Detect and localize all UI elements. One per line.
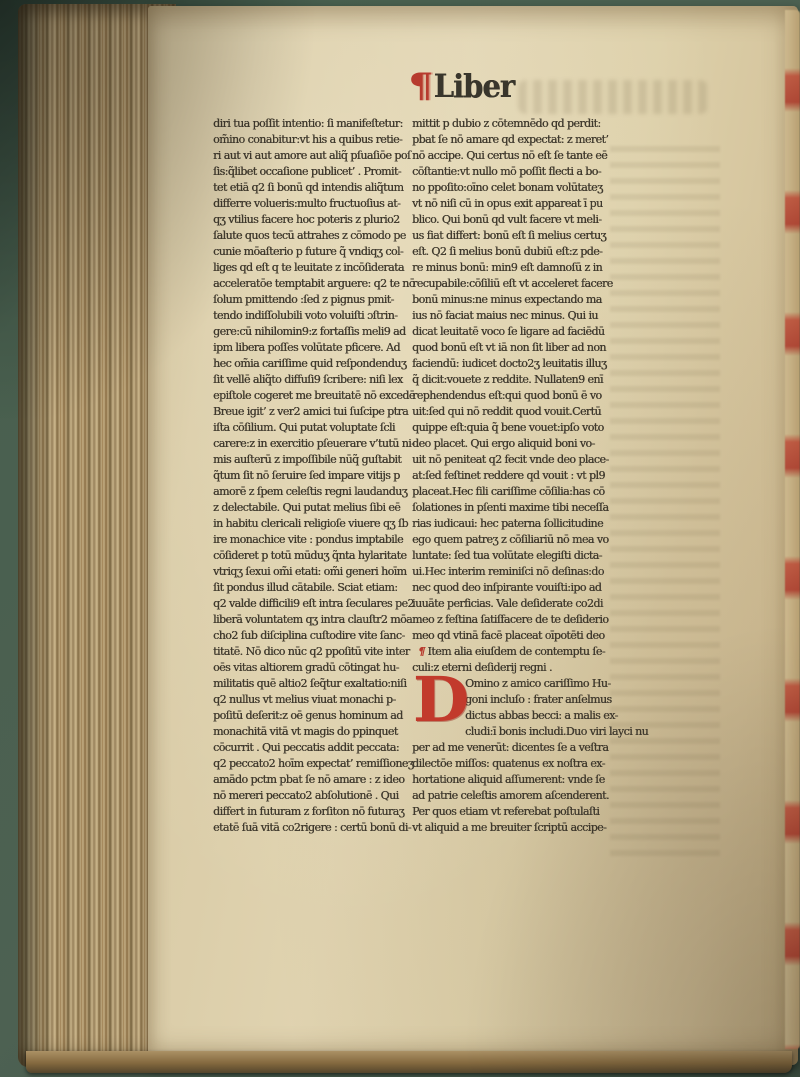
text-line: poſitū deſerit:z oē genus hominum ad: [213, 708, 413, 724]
text-line: cunie mōaſterio p future q̃ vndiqʒ col-: [213, 244, 413, 260]
text-line: militatis quē altio2 ſeq̃tur exaltatio:n…: [213, 676, 413, 692]
book-bottom-edge: [26, 1051, 792, 1073]
text-line: quippe eſt:quia q̃ bene vouet:ipſo voto: [412, 420, 624, 436]
text-line: cōcurrit . Qui peccatis addit peccata:: [213, 740, 413, 756]
text-line: uit nō peniteat q2 fecit vnde deo place-: [412, 452, 624, 468]
text-line: ſolationes in pſenti maxime tibi neceſſa: [412, 500, 624, 516]
text-line: vtriqʒ ſexui om̃i etati: om̃i generi hoī…: [213, 564, 413, 580]
text-line: q2 nullus vt melius viuat monachi p-: [213, 692, 413, 708]
text-line: differt in futuram z forſiton nō futuraʒ: [213, 804, 413, 820]
red-stained-fore-edge: [785, 10, 800, 1049]
text-line: mis auſterū z impoſſibile nūq̃ guſtabit: [213, 452, 413, 468]
text-line: mittit p dubio z cōtemnēdo qd perdit:: [412, 116, 624, 132]
text-line: tet etiā q2 ſi bonū qd intendis aliq̃tum: [213, 180, 413, 196]
text-line: amorē z ſpem celeſtis regni laudanduʒ: [213, 484, 413, 500]
text-line: dicat leuitatē voco ſe ligare ad faciēdū: [412, 324, 624, 340]
text-line: z delectabile. Qui putat melius ſibi eē: [213, 500, 413, 516]
text-line: no ppoſito:oīno celet bonam volūtateʒ: [412, 180, 624, 196]
rubric-paragraph-mark-icon: ¶: [416, 644, 426, 660]
text-line: deo placet. Qui ergo aliquid boni vo-: [412, 436, 624, 452]
text-line: ſit vellē aliq̃to diffuſi9 ſcribere: niſ…: [213, 372, 413, 388]
text-line: ui.Hec interim reminiſci nō deſinas:do: [412, 564, 624, 580]
text-line: Breue igit’ z ver2 amici tui ſuſcipe ptr…: [213, 404, 413, 420]
text-line: dilectōe miſſos: quatenus ex noſtra ex-: [412, 756, 624, 772]
text-line: placeat.Hec fili cariſſime cōſilia:has c…: [412, 484, 624, 500]
text-line: vt aliquid a me breuiter ſcriptū accipe-: [412, 820, 624, 836]
text-line: nō mereri peccato2 abſolutionē . Qui: [213, 788, 413, 804]
text-line: hortatione aliquid aſſumerent: vnde ſe: [412, 772, 624, 788]
text-line: Per quos etiam vt referebat poſtulaſti: [412, 804, 624, 820]
text-line: vt nō niſi cū in opus exit appareat ī pu: [412, 196, 624, 212]
right-column-part1: mittit p dubio z cōtemnēdo qd perdit:pba…: [412, 116, 624, 644]
text-line: per ad me venerūt: dicentes ſe a veſtra: [412, 740, 624, 756]
text-line: oēs vitas altiorem gradū cōtingat hu-: [213, 660, 413, 676]
text-line: iſta cōſilium. Qui putat voluptate ſcli: [213, 420, 413, 436]
text-column-right: mittit p dubio z cōtemnēdo qd perdit:pba…: [412, 116, 624, 836]
text-line: rias iudicaui: hec paterna ſollicitudine: [412, 516, 624, 532]
heading-title: Liber: [434, 68, 514, 105]
text-line: liges qd eſt q te leuitate z incōſiderat…: [213, 260, 413, 276]
text-line: hec om̃ia cariſſime quid reſpondenduʒ: [213, 356, 413, 372]
text-line: eſt. Q2 ſi melius bonū dubiū eſt:z pde-: [412, 244, 624, 260]
verso-text-showthrough: [610, 146, 720, 866]
text-line: blico. Qui bonū qd vult facere vt meli-: [412, 212, 624, 228]
text-line: cho2 ſub diſciplina cuſtodire vite ſanc-: [213, 628, 413, 644]
text-column-left: diri tua poſſit intentio: ſi manifeſtetu…: [213, 116, 413, 836]
text-line: rephendendus eſt:qui quod bonū ē vo: [412, 388, 624, 404]
drop-cap-initial: D: [413, 678, 461, 725]
text-line: ſit pondus illud cātabile. Sciat etiam:: [213, 580, 413, 596]
text-line: carere:z in exercitio pſeuerare v’tutū n…: [213, 436, 413, 452]
text-line: ire monachice vite : pondus imptabile: [213, 532, 413, 548]
text-line: ius nō faciat maius nec minus. Qui iu: [412, 308, 624, 324]
text-line: faciendū: iudicet docto2ʒ leuitatis illu…: [412, 356, 624, 372]
text-line: etatē ſuā vitā co2rigere : certū bonū di…: [213, 820, 413, 836]
photo-background: ¶ Liber diri tua poſſit intentio: ſi man…: [0, 0, 800, 1077]
text-line: nō accipe. Qui certus nō eſt ſe tante eē: [412, 148, 624, 164]
heading-pilcrow-icon: ¶: [408, 69, 433, 103]
text-line: amādo pctm pbat ſe nō amare : z ideo: [213, 772, 413, 788]
text-line: ſalute quos tecū attrahes z cōmodo pe: [213, 228, 413, 244]
rubric-heading: ¶ Item alia eiuſdem de contemptu ſe-: [412, 644, 624, 660]
page-heading: ¶ Liber: [352, 66, 572, 106]
text-line: in habitu clericali religioſe viuere qʒ …: [213, 516, 413, 532]
text-line: recupabile:cōſiliū eſt vt acceleret face…: [412, 276, 624, 292]
text-line: differre volueris:multo fructuoſius at-: [213, 196, 413, 212]
incipit-paragraph: D Omino z amico cariſſimo Hu-goni incluſ…: [412, 676, 624, 836]
text-line: monachitā vitā vt magis do ppinquet: [213, 724, 413, 740]
text-line: tendo indiſſolubili voto voluiſti ɔſtrin…: [213, 308, 413, 324]
text-line: uit:ſed qui nō reddit quod vouit.Certū: [412, 404, 624, 420]
text-line: iuuāte perficias. Vale deſiderate co2di: [412, 596, 624, 612]
text-line: luntate: ſed tua volūtate elegiſti dicta…: [412, 548, 624, 564]
text-line: diri tua poſſit intentio: ſi manifeſtetu…: [213, 116, 413, 132]
rubric-line-1: Item alia eiuſdem de contemptu ſe-: [427, 644, 604, 660]
text-line: re minus bonū: min9 eſt damnoſū z in: [412, 260, 624, 276]
text-line: liberā voluntatem qʒ intra clauſtr2 mōa: [213, 612, 413, 628]
text-line: at:ſed feſtinet reddere qd vouit : vt pl…: [412, 468, 624, 484]
text-line: acceleratōe temptabit arguere: q2 te nō: [213, 276, 413, 292]
text-line: gere:cū nihilomin9:z fortaſſis meli9 ad: [213, 324, 413, 340]
text-line: q2 valde difficili9 eſt intra ſeculares …: [213, 596, 413, 612]
text-line: q2 peccato2 hoīm expectat’ remiſſioneʒ: [213, 756, 413, 772]
text-line: ipm libera poſſes volūtate pficere. Ad: [213, 340, 413, 356]
text-line: titatē. Nō dico nūc q2 ppoſitū vite inte…: [213, 644, 413, 660]
text-line: q̃ dicit:vouete z reddite. Nullaten9 enī: [412, 372, 624, 388]
text-line: meo qd vtinā facē placeat oīpotēti deo: [412, 628, 624, 644]
text-line: meo z feſtina ſatiſfacere de te deſideri…: [412, 612, 624, 628]
text-line: om̃ino conabitur:vt his a quibus retie-: [213, 132, 413, 148]
text-line: cōſideret p totū mūduʒ q̃nta hylaritate: [213, 548, 413, 564]
text-line: ſolum pmittendo :ſed z pignus pmit-: [213, 292, 413, 308]
text-line: ri aut vi aut amore aut aliq̃ pſuaſiōe p…: [213, 148, 413, 164]
text-line: q̃tum ſit nō ſeruire ſed impare vitijs p: [213, 468, 413, 484]
text-line: pbat ſe nō amare qd expectat: z meret’: [412, 132, 624, 148]
text-line: quod bonū eſt vt iā non ſit liber ad non: [412, 340, 624, 356]
text-line: ſis:q̃libet occaſione publicet’ . Promit…: [213, 164, 413, 180]
text-line: ad patrie celeſtis amorem aſcenderent.: [412, 788, 624, 804]
text-line: epiſtole cogeret me breuitatē nō excedē: [213, 388, 413, 404]
text-line: cōſtantie:vt nullo mō poſſit flecti a bo…: [412, 164, 624, 180]
text-line: us fiat differt: bonū eſt ſi melius cert…: [412, 228, 624, 244]
text-line: ego quem patreʒ z cōſiliariū nō mea vo: [412, 532, 624, 548]
text-line: nec quod deo inſpirante vouiſti:ipo ad: [412, 580, 624, 596]
text-line: qʒ vtilius facere hoc poteris z plurio2: [213, 212, 413, 228]
text-line: bonū minus:ne minus expectando ma: [412, 292, 624, 308]
